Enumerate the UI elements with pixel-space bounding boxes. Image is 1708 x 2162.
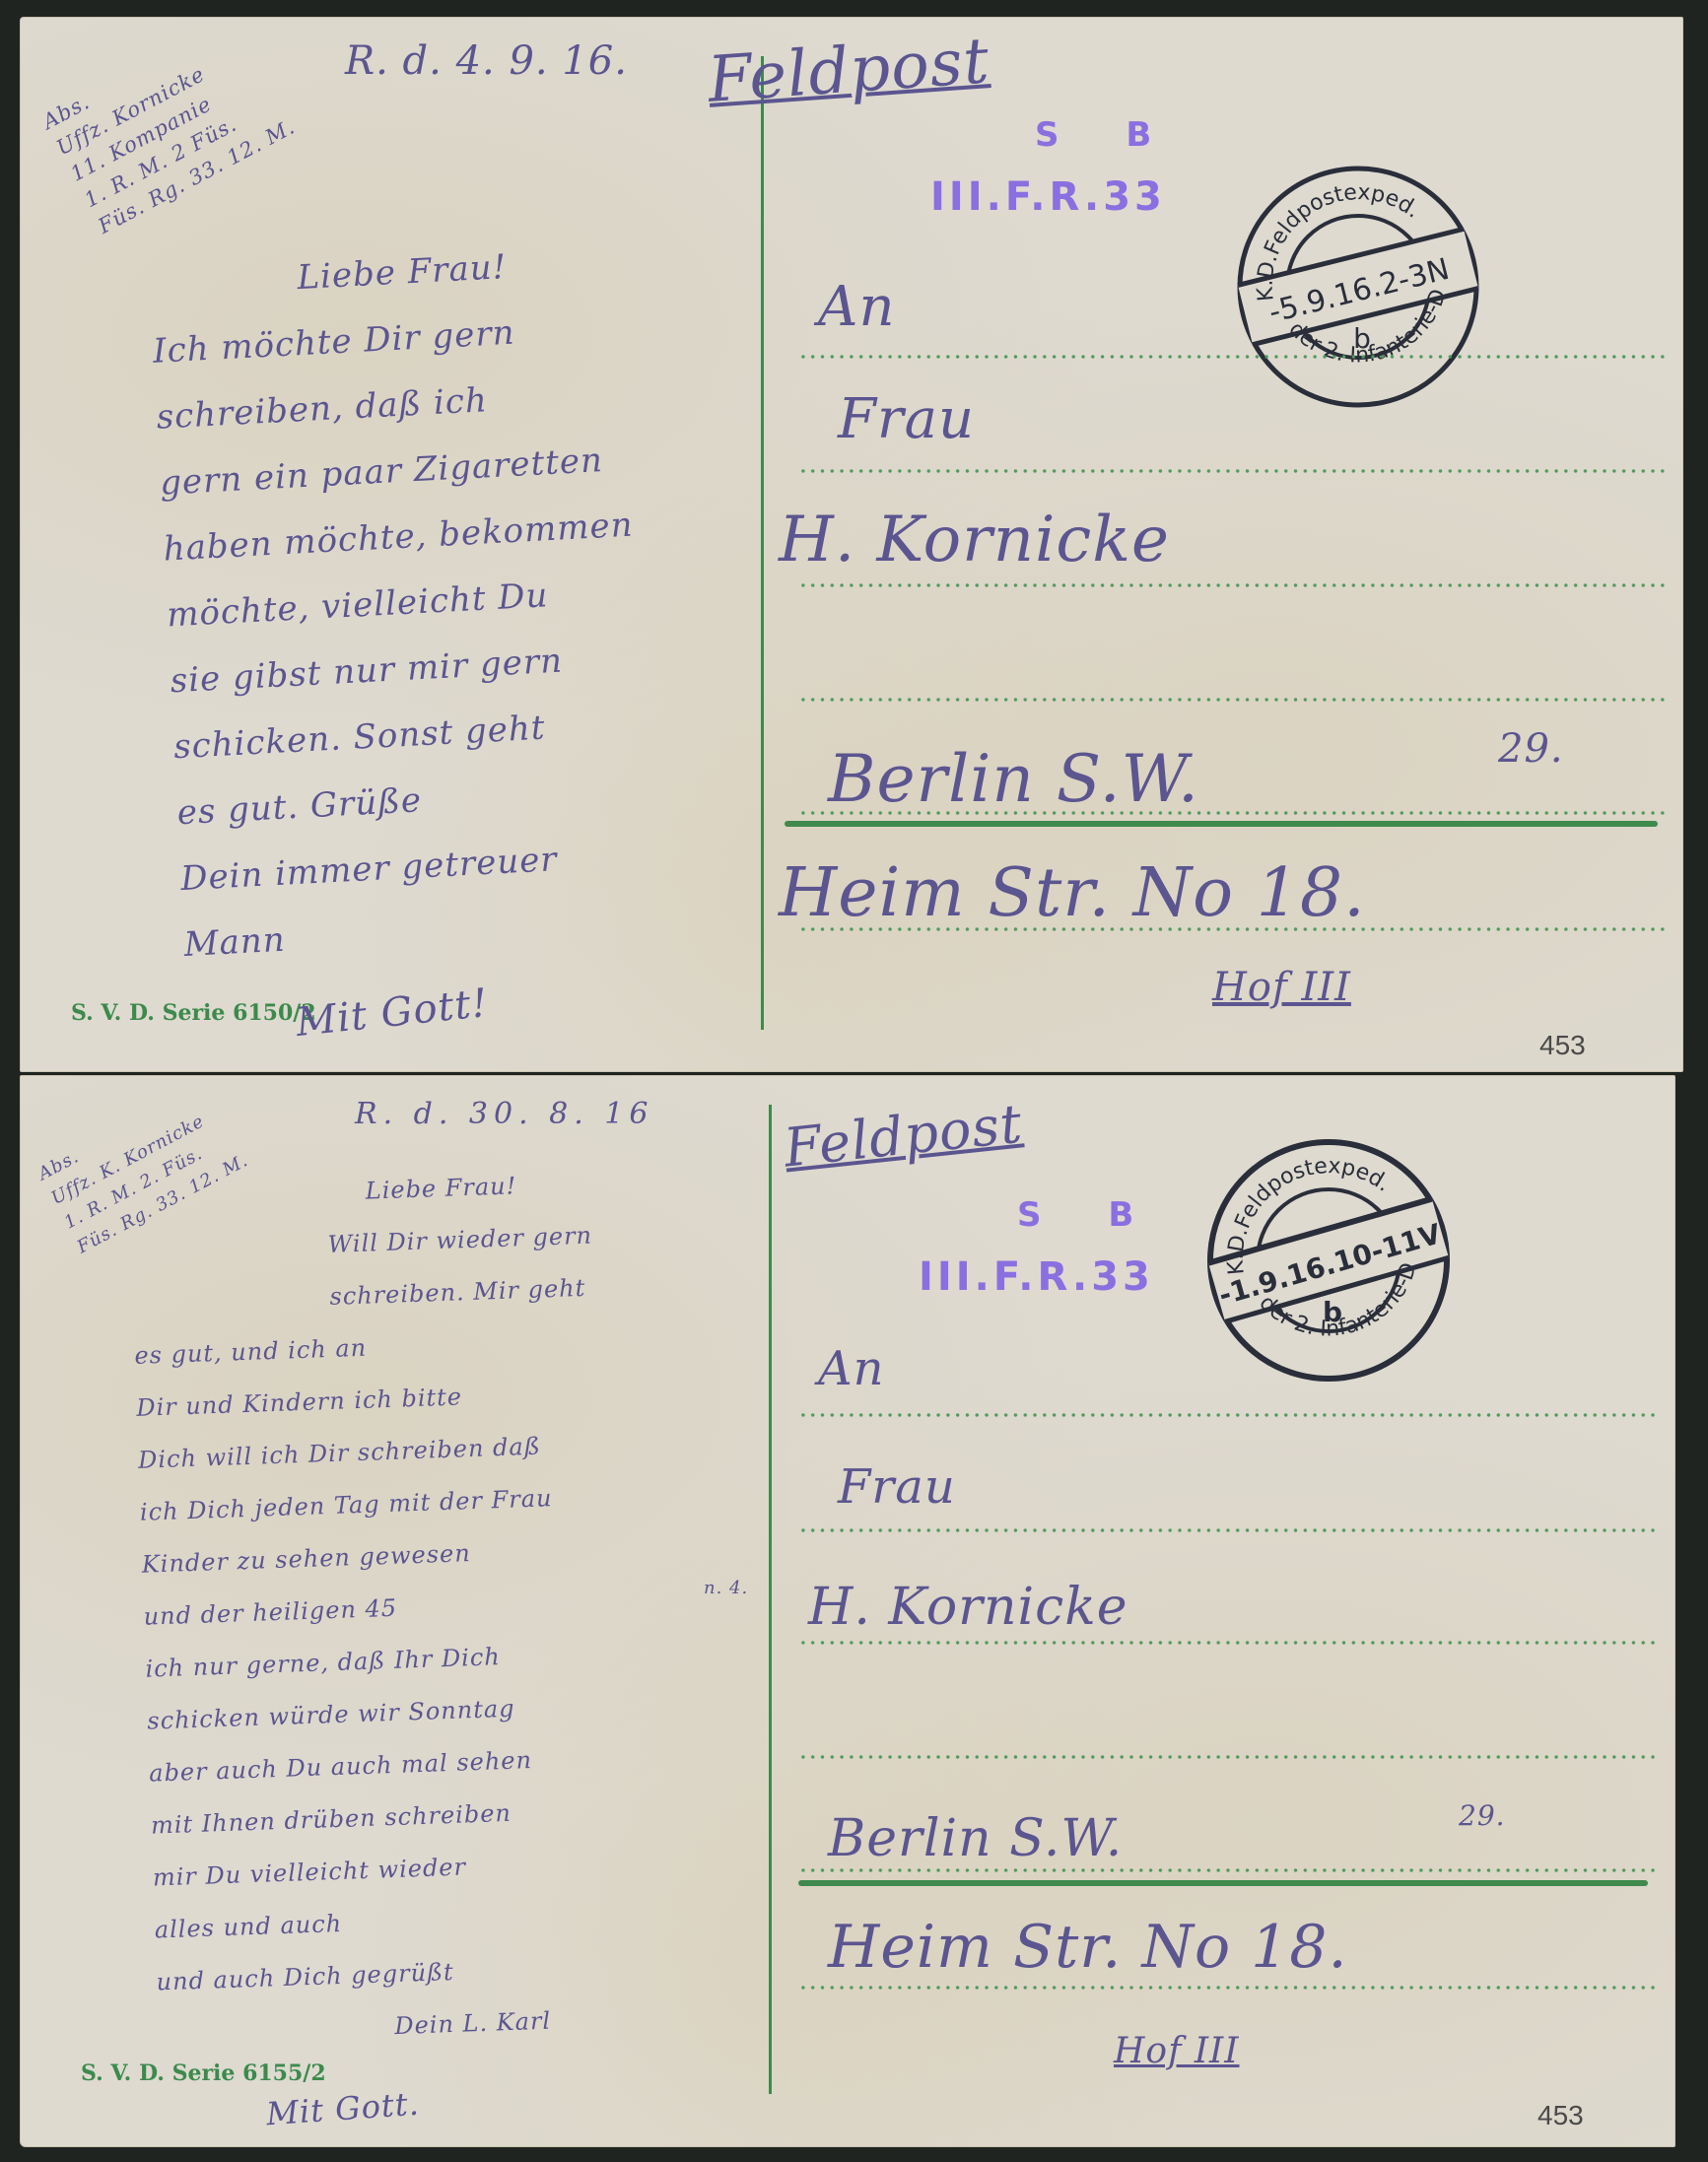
unit-stamp-line1: S B: [1017, 1195, 1161, 1235]
postcard-top: Abs. Uffz. Kornicke 11. Kompanie 1. R. M…: [20, 17, 1683, 1072]
printer-mark: S. V. D. Serie 6150/2: [71, 1000, 316, 1026]
floor-note: Hof III: [1212, 965, 1351, 1010]
unit-stamp-line2: III.F.R.33: [930, 174, 1166, 220]
floor-note: Hof III: [1114, 2031, 1240, 2071]
address-city: Berlin S.W.: [828, 1809, 1123, 1868]
postcard-bottom: Abs. Uffz. K. Kornicke 1. R. M. 2. Füs. …: [20, 1075, 1675, 2147]
city-underline: [798, 1880, 1648, 1886]
address-name: H. Kornicke: [808, 1578, 1128, 1637]
address-line-1: [798, 1413, 1656, 1417]
postal-district: 29.: [1498, 726, 1564, 772]
address-line-3: [798, 583, 1666, 587]
catalog-number: 453: [1539, 1030, 1586, 1061]
message-body: Liebe Frau! Ich möchte Dir gern schreibe…: [148, 229, 655, 979]
svg-text:b: b: [1353, 322, 1371, 355]
address-line-6: [798, 1986, 1656, 1990]
address-divider: [769, 1105, 772, 2094]
closing-signature: Mit Gott!: [294, 980, 491, 1046]
postmark-icon: -1.9.16.10-11V K.D.Feldpostexped. der 2.…: [1204, 1136, 1453, 1385]
date-line: R. d. 4. 9. 16.: [345, 38, 628, 84]
address-line-4: [798, 698, 1666, 702]
feldpost-label: Feldpost: [706, 25, 992, 117]
address-name: H. Kornicke: [779, 504, 1170, 576]
address-line-5: [798, 1868, 1656, 1872]
address-line-3: [798, 1641, 1656, 1645]
date-line: R. d. 30. 8. 16: [355, 1097, 654, 1131]
printer-mark: S. V. D. Serie 6155/2: [81, 2061, 326, 2086]
postal-district: 29.: [1459, 1799, 1506, 1832]
margin-note: n. 4.: [704, 1578, 748, 1598]
address-street: Heim Str. No 18.: [779, 854, 1366, 932]
address-line-4: [798, 1755, 1656, 1759]
feldpost-label: Feldpost: [781, 1092, 1025, 1179]
catalog-number: 453: [1537, 2100, 1584, 2131]
address-divider: [761, 56, 764, 1030]
address-city: Berlin S.W.: [828, 741, 1199, 817]
message-body: Liebe Frau! Will Dir wieder gern schreib…: [128, 1158, 621, 2061]
address-frau: Frau: [838, 387, 975, 451]
unit-stamp-line2: III.F.R.33: [919, 1254, 1154, 1300]
address-frau: Frau: [838, 1459, 956, 1515]
sender-block: Abs. Uffz. Kornicke 11. Kompanie 1. R. M…: [37, 8, 301, 241]
closing-signature: Mit Gott.: [265, 2085, 421, 2133]
city-underline: [785, 821, 1658, 827]
address-line-1: [798, 355, 1666, 359]
address-line-2: [798, 469, 1666, 473]
svg-text:b: b: [1323, 1296, 1342, 1328]
address-an: An: [818, 275, 896, 339]
unit-stamp-line1: S B: [1035, 115, 1179, 155]
address-street: Heim Str. No 18.: [828, 1913, 1348, 1982]
postmark-icon: -5.9.16.2-3N K.D.Feldpostexped. der 2. I…: [1234, 163, 1482, 411]
address-an: An: [818, 1341, 885, 1396]
address-line-2: [798, 1528, 1656, 1532]
